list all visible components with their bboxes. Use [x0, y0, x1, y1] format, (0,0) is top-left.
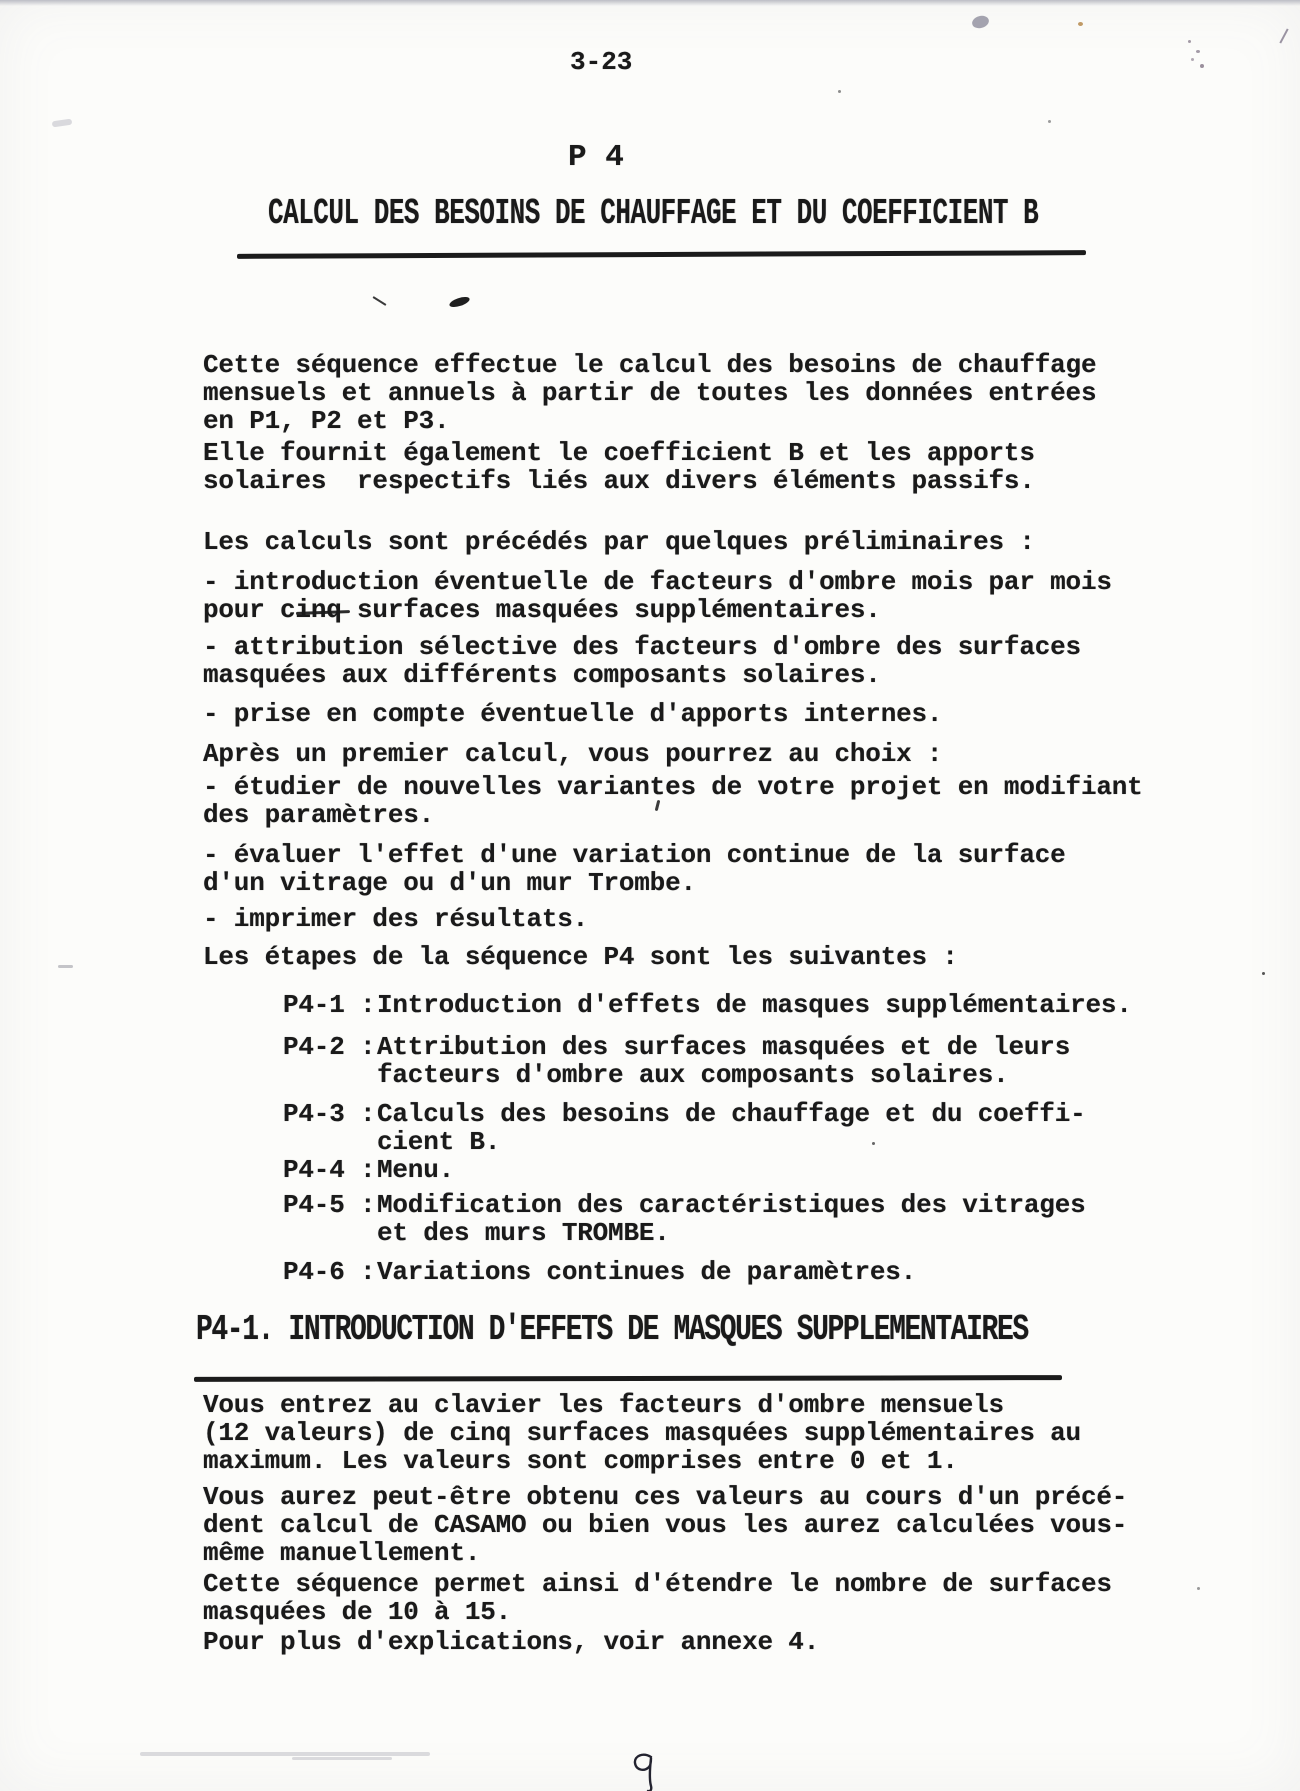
step-label: P4-2 :	[283, 1033, 377, 1089]
scan-streak-artifact	[140, 1752, 430, 1756]
scan-speck	[1191, 58, 1194, 61]
step-label: P4-3 :	[283, 1100, 377, 1156]
scan-smudge-artifact	[971, 14, 991, 30]
scan-scratch-artifact	[1279, 28, 1288, 43]
step-label: P4-1 :	[283, 991, 377, 1019]
paragraph: Cette séquence permet ainsi d'étendre le…	[203, 1570, 1112, 1626]
step-item: P4-2 : Attribution des surfaces masquées…	[283, 1033, 1070, 1089]
paragraph: Les étapes de la séquence P4 sont les su…	[203, 943, 958, 971]
pen-mark	[448, 295, 470, 309]
paragraph: Vous aurez peut-être obtenu ces valeurs …	[203, 1483, 1127, 1567]
step-item: P4-4 : Menu.	[283, 1156, 454, 1184]
sequence-code-heading: P 4	[568, 141, 624, 175]
paragraph: - prise en compte éventuelle d'apports i…	[203, 700, 942, 728]
scan-speck	[1196, 50, 1200, 53]
step-text: Calculs des besoins de chauffage et du c…	[377, 1100, 1086, 1156]
section-heading-underline	[194, 1375, 1062, 1382]
paragraph: Cette séquence effectue le calcul des be…	[203, 351, 1096, 435]
step-text: Attribution des surfaces masquées et de …	[377, 1033, 1070, 1089]
paragraph: Les calculs sont précédés par quelques p…	[203, 528, 1035, 556]
handwritten-mark	[630, 1752, 664, 1791]
scan-speck	[838, 90, 841, 93]
step-text: Introduction d'effets de masques supplém…	[377, 991, 1132, 1019]
page-number: 3-23	[570, 48, 632, 76]
scan-edge-artifact	[0, 0, 1300, 6]
step-item: P4-3 : Calculs des besoins de chauffage …	[283, 1100, 1086, 1156]
step-text: Modification des caractéristiques des vi…	[377, 1191, 1086, 1247]
scan-streak-artifact	[292, 1757, 392, 1760]
paragraph: - introduction éventuelle de facteurs d'…	[203, 568, 1112, 624]
scan-smudge-artifact	[52, 119, 73, 128]
step-label: P4-5 :	[283, 1191, 377, 1247]
step-label: P4-6 :	[283, 1258, 377, 1286]
scan-speck	[1188, 40, 1191, 43]
scan-smudge-artifact	[58, 965, 73, 968]
scan-speck	[1078, 22, 1083, 26]
scan-speck	[1200, 64, 1204, 68]
section-heading: P4-1. INTRODUCTION D'EFFETS DE MASQUES S…	[196, 1310, 1028, 1352]
step-item: P4-6 : Variations continues de paramètre…	[283, 1258, 916, 1286]
scan-speck	[1048, 120, 1051, 123]
title-underline	[237, 250, 1086, 259]
paragraph: Après un premier calcul, vous pourrez au…	[203, 740, 942, 768]
pen-tick-mark	[373, 296, 387, 306]
paragraph: Pour plus d'explications, voir annexe 4.	[203, 1628, 819, 1656]
document-title: CALCUL DES BESOINS DE CHAUFFAGE ET DU CO…	[268, 193, 1038, 234]
step-text: Menu.	[377, 1156, 454, 1184]
paragraph: Vous entrez au clavier les facteurs d'om…	[203, 1391, 1081, 1475]
paragraph: Elle fournit également le coefficient B …	[203, 439, 1035, 495]
scan-speck	[1262, 972, 1265, 975]
scan-speck	[1197, 1587, 1200, 1590]
paragraph: - attribution sélective des facteurs d'o…	[203, 633, 1081, 689]
step-text: Variations continues de paramètres.	[377, 1258, 916, 1286]
paragraph: - étudier de nouvelles variantes de votr…	[203, 773, 1143, 829]
step-item: P4-1 : Introduction d'effets de masques …	[283, 991, 1132, 1019]
step-item: P4-5 : Modification des caractéristiques…	[283, 1191, 1086, 1247]
paragraph: - imprimer des résultats.	[203, 905, 588, 933]
paragraph: - évaluer l'effet d'une variation contin…	[203, 841, 1066, 897]
step-label: P4-4 :	[283, 1156, 377, 1184]
scanned-document-page: 3-23 P 4 CALCUL DES BESOINS DE CHAUFFAGE…	[0, 0, 1300, 1791]
